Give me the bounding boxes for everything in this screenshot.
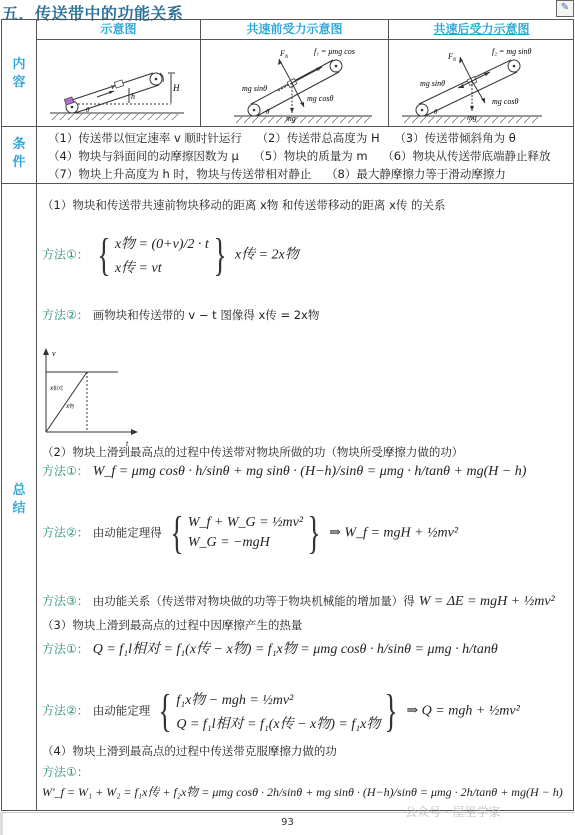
system-line: x传 = vt	[115, 257, 209, 277]
col-header-schematic: 示意图	[37, 20, 200, 39]
svg-text:mg cosθ: mg cosθ	[492, 97, 518, 106]
conveyor-schematic-diagram: v h H θ	[42, 41, 197, 125]
label-char: 总	[2, 482, 36, 500]
svg-text:f₁ = μmg cos: f₁ = μmg cos	[314, 47, 355, 56]
equation-system: { W_f + W_G = ½mv² W_G = −mgH }	[166, 510, 325, 556]
svg-text:θ: θ	[434, 108, 438, 116]
equation: W_f = μmg cosθ · h/sinθ + mg sinθ · (H−h…	[93, 464, 527, 479]
svg-text:FN: FN	[447, 52, 457, 63]
left-brace-icon: {	[97, 232, 110, 278]
equation-system: { f₁x物 − mgh = ½mv² Q = f₁l相对 = f₁(x传 − …	[154, 688, 402, 734]
condition-2: （2）传送带总高度为 H	[257, 131, 380, 145]
system-lines: f₁x物 − mgh = ½mv² Q = f₁l相对 = f₁(x传 − x物…	[176, 689, 380, 733]
method-label: 方法②：	[42, 308, 89, 322]
method-text: 由动能定理得	[93, 526, 162, 540]
row-label-content: 内 容	[2, 56, 36, 92]
left-brace-icon: {	[159, 688, 172, 734]
left-brace-icon: {	[170, 510, 183, 556]
method-label: 方法①：	[42, 464, 89, 478]
system-line: f₁x物 − mgh = ½mv²	[176, 689, 380, 709]
watermark: 公众号 · 屋里学家	[405, 803, 500, 820]
q4-heading: （4）物块上滑到最高点的过程中传送带克服摩擦力做的功	[42, 743, 337, 759]
condition-8: （8）最大静摩擦力等于滑动摩擦力	[326, 167, 506, 181]
condition-5: （5）物块的质量为 m	[253, 149, 367, 163]
condition-6: （6）物块从传送带底端静止释放	[382, 149, 550, 163]
system-lines: W_f + W_G = ½mv² W_G = −mgH	[188, 515, 303, 551]
system-line: W_G = −mgH	[188, 535, 303, 551]
row-label-summary: 总 结	[2, 482, 36, 518]
q3-method2: 方法②： 由动能定理 { f₁x物 − mgh = ½mv² Q = f₁l相对…	[42, 688, 520, 734]
equation: W'_f = W₁ + W₂ = f₁x传 + f₂x物 = μmg cosθ …	[42, 785, 563, 799]
method-label: 方法①：	[42, 765, 89, 779]
svg-text:FN: FN	[279, 49, 289, 60]
svg-text:v: v	[111, 82, 115, 91]
header-text: 共速后受力示意图	[433, 22, 529, 36]
method-label: 方法①：	[42, 642, 89, 656]
svg-text:mg sinθ: mg sinθ	[242, 84, 267, 93]
condition-7: （7）物块上升高度为 h 时，物块与传送带相对静止	[48, 167, 311, 181]
equation-result: ⇒ W_f = mgH + ½mv²	[329, 526, 458, 541]
system-lines: x物 = (0+v)/2 · t x传 = vt	[115, 233, 209, 277]
edit-table-icon[interactable]: ✎	[556, 0, 574, 17]
right-brace-icon: }	[307, 510, 320, 556]
force-diagram-after-sync: FN f₂ = mg sinθ mg mg cosθ mg sinθ θ	[392, 41, 572, 125]
method-label: 方法②：	[42, 704, 89, 718]
equation-result: ⇒ Q = mgh + ½mv²	[406, 704, 519, 719]
method-label: 方法③：	[42, 594, 89, 608]
equation-system: { x物 = (0+v)/2 · t x传 = vt }	[93, 232, 231, 278]
equation: W = ΔE = mgH + ½mv²	[419, 594, 555, 609]
equation: Q = f₁l相对 = f₁(x传 − x物) = f₁x物 = μmg cos…	[93, 642, 498, 657]
system-line: Q = f₁l相对 = f₁(x传 − x物) = f₁x物	[176, 713, 380, 733]
svg-text:mg: mg	[467, 113, 477, 122]
conditions-line-3: （7）物块上升高度为 h 时，物块与传送带相对静止 （8）最大静摩擦力等于滑动摩…	[48, 166, 506, 182]
right-brace-icon: }	[385, 688, 398, 734]
q3-method1: 方法①： Q = f₁l相对 = f₁(x传 − x物) = f₁x物 = μm…	[42, 638, 498, 658]
condition-4: （4）物块与斜面间的动摩擦因数为 μ	[48, 149, 239, 163]
divider	[36, 20, 37, 810]
svg-text:mg: mg	[286, 114, 296, 123]
q4-method1: W'_f = W₁ + W₂ = f₁x传 + f₂x物 = μmg cosθ …	[42, 783, 563, 800]
conditions-line-2: （4）物块与斜面间的动摩擦因数为 μ （5）物块的质量为 m （6）物块从传送带…	[48, 148, 551, 164]
svg-text:f₂ = mg sinθ: f₂ = mg sinθ	[492, 47, 532, 56]
svg-text:θ: θ	[266, 108, 270, 116]
svg-text:h: h	[131, 92, 135, 101]
svg-text:H: H	[172, 83, 180, 93]
method-text: 画物块和传送带的 v − t 图像得 x传 = 2x物	[93, 308, 320, 322]
method-text: 由动能定理	[93, 704, 151, 718]
svg-text:θ: θ	[86, 106, 90, 114]
col-header-before-sync: 共速前受力示意图	[201, 20, 388, 39]
equation-result: x传 = 2x物	[235, 248, 299, 263]
svg-text:x物: x物	[65, 402, 74, 410]
row-label-conditions: 条 件	[2, 136, 36, 172]
label-char: 件	[2, 154, 36, 172]
q2-method3: 方法③： 由功能关系（传送带对物块做的功等于物块机械能的增加量）得 W = ΔE…	[42, 592, 555, 610]
col-header-after-sync: 共速后受力示意图	[389, 20, 574, 39]
conditions-line-1: （1）传送带以恒定速率 v 顺时针运行 （2）传送带总高度为 H （3）传送带倾…	[48, 130, 516, 146]
right-brace-icon: }	[213, 232, 226, 278]
label-char: 结	[2, 500, 36, 518]
divider	[2, 126, 574, 127]
condition-1: （1）传送带以恒定速率 v 顺时针运行	[48, 131, 242, 145]
q2-heading: （2）物块上滑到最高点的过程中传送带对物块所做的功（物块所受摩擦力做的功）	[42, 444, 463, 460]
q1-heading: （1）物块和传送带共速前物块移动的距离 x物 和传送带移动的距离 x传 的关系	[42, 197, 446, 213]
function-relation-table: 内 容 条 件 总 结 示意图 共速前受力示意图 共速后受力示意图 v h H	[1, 19, 574, 811]
q1-method1: 方法①： { x物 = (0+v)/2 · t x传 = vt } x传 = 2…	[42, 232, 299, 278]
q2-method2: 方法②： 由动能定理得 { W_f + W_G = ½mv² W_G = −mg…	[42, 510, 458, 556]
label-char: 条	[2, 136, 36, 154]
divider	[36, 39, 574, 40]
y-axis-label: v	[52, 349, 56, 358]
label-char: 内	[2, 56, 36, 74]
q4-method1-label: 方法①：	[42, 763, 89, 780]
force-diagram-before-sync: FN f₁ = μmg cos mg mg cosθ mg sinθ θ	[204, 41, 386, 125]
q3-heading: （3）物块上滑到最高点的过程中因摩擦产生的热量	[42, 617, 302, 633]
condition-3: （3）传送带倾斜角为 θ	[394, 131, 516, 145]
v-t-graph: v t x相对 x物	[42, 346, 152, 446]
svg-text:mg cosθ: mg cosθ	[307, 94, 333, 103]
system-line: W_f + W_G = ½mv²	[188, 515, 303, 531]
method-label: 方法②：	[42, 526, 89, 540]
method-text: 由功能关系（传送带对物块做的功等于物块机械能的增加量）得	[93, 594, 415, 608]
label-char: 容	[2, 74, 36, 92]
system-line: x物 = (0+v)/2 · t	[115, 233, 209, 253]
q1-method2: 方法②： 画物块和传送带的 v − t 图像得 x传 = 2x物	[42, 306, 319, 323]
divider	[2, 183, 574, 184]
svg-text:mg sinθ: mg sinθ	[420, 79, 445, 88]
svg-text:x相对: x相对	[49, 384, 63, 392]
method-label: 方法①：	[42, 248, 89, 262]
q2-method1: 方法①： W_f = μmg cosθ · h/sinθ + mg sinθ ·…	[42, 462, 526, 480]
